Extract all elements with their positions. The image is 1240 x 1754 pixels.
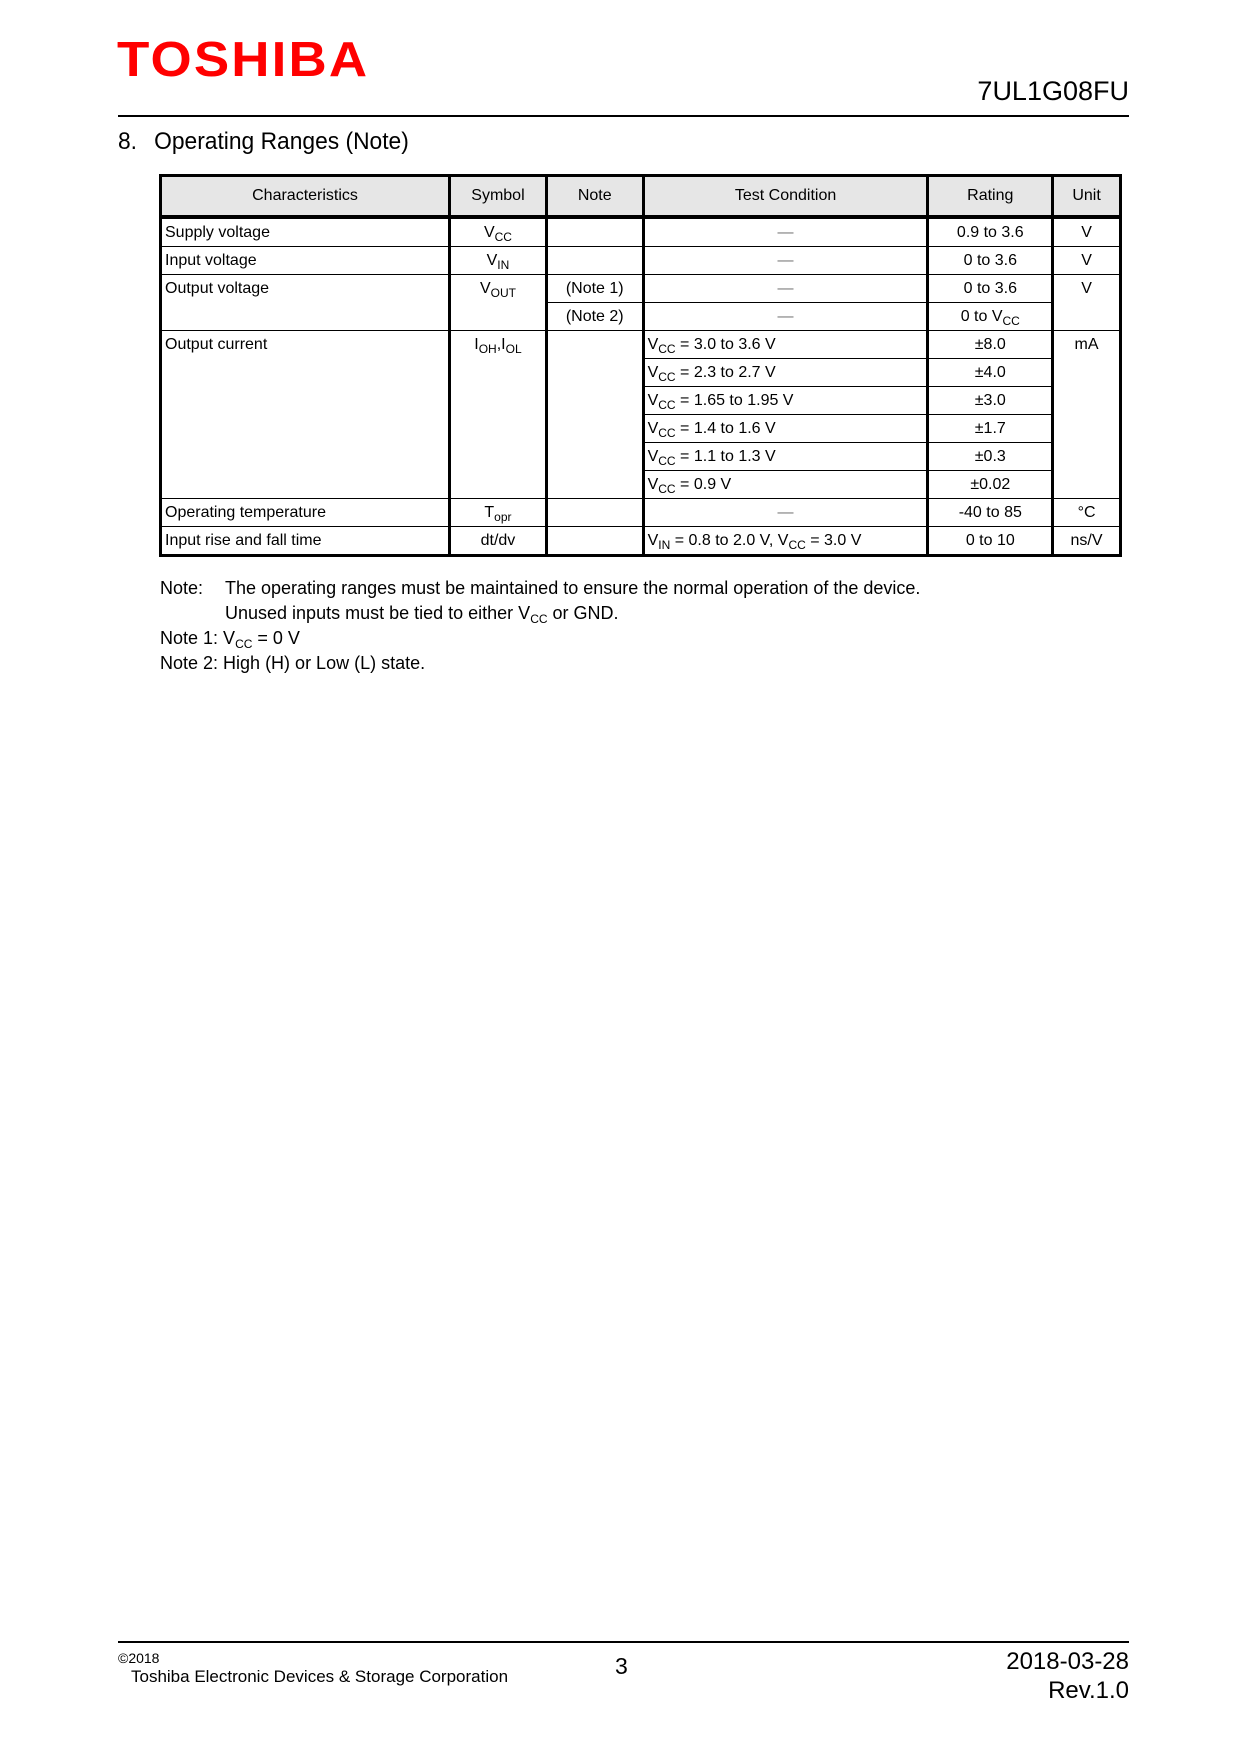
test-condition-cell: — [643,275,928,303]
characteristic-cell: Input rise and fall time [161,527,450,556]
test-condition-cell: VCC = 1.65 to 1.95 V [643,387,928,415]
note-cell [546,499,643,527]
rating-cell: ±0.02 [928,471,1053,499]
rating-cell: 0 to 10 [928,527,1053,556]
header-rating: Rating [928,176,1053,218]
rating-cell: ±3.0 [928,387,1053,415]
rating-cell: 0 to VCC [928,303,1053,331]
unit-cell: mA [1053,331,1121,499]
symbol-cell: VOUT [450,275,547,331]
rating-cell: ±0.3 [928,443,1053,471]
note-cell [546,247,643,275]
rating-cell: 0 to 3.6 [928,247,1053,275]
symbol-cell: IOH,IOL [450,331,547,499]
unit-cell: ns/V [1053,527,1121,556]
note-cell: (Note 1) [546,275,643,303]
rating-cell: ±4.0 [928,359,1053,387]
note-main-line2: Unused inputs must be tied to either VCC… [160,601,920,626]
table-row: Input rise and fall time dt/dv VIN = 0.8… [161,527,1121,556]
table-row: Output voltage VOUT (Note 1) — 0 to 3.6 … [161,275,1121,303]
page-number: 3 [615,1655,628,1678]
symbol-cell: VCC [450,217,547,247]
test-condition-cell: — [643,303,928,331]
table-row: Operating temperature Topr — -40 to 85 °… [161,499,1121,527]
unit-cell: V [1053,247,1121,275]
note-2: Note 2: High (H) or Low (L) state. [160,651,920,676]
table-row: Output current IOH,IOL VCC = 3.0 to 3.6 … [161,331,1121,359]
document-revision: Rev.1.0 [1048,1679,1129,1703]
unit-cell: °C [1053,499,1121,527]
toshiba-logo: TOSHIBA [117,36,369,85]
symbol-cell: VIN [450,247,547,275]
note-cell [546,527,643,556]
rating-cell: ±1.7 [928,415,1053,443]
note-cell: (Note 2) [546,303,643,331]
note-main: Note:The operating ranges must be mainta… [160,576,920,601]
symbol-cell: dt/dv [450,527,547,556]
note-cell [546,217,643,247]
test-condition-cell: VCC = 3.0 to 3.6 V [643,331,928,359]
rating-cell: ±8.0 [928,331,1053,359]
rating-cell: -40 to 85 [928,499,1053,527]
company-name: Toshiba Electronic Devices & Storage Cor… [131,1668,508,1685]
test-condition-cell: — [643,247,928,275]
document-date: 2018-03-28 [1006,1650,1129,1674]
section-title: 8.Operating Ranges (Note) [118,130,409,154]
rating-cell: 0.9 to 3.6 [928,217,1053,247]
header-test-condition: Test Condition [643,176,928,218]
note-1: Note 1: VCC = 0 V [160,626,920,651]
test-condition-cell: VCC = 2.3 to 2.7 V [643,359,928,387]
operating-ranges-table: Characteristics Symbol Note Test Conditi… [159,174,1122,557]
section-number: 8. [118,130,154,154]
table-row: Input voltage VIN — 0 to 3.6 V [161,247,1121,275]
header-symbol: Symbol [450,176,547,218]
copyright: ©2018 [118,1651,159,1665]
characteristic-cell: Supply voltage [161,217,450,247]
test-condition-cell: — [643,499,928,527]
document-id: 7UL1G08FU [977,78,1129,105]
footer-divider [118,1641,1129,1643]
test-condition-cell: — [643,217,928,247]
rating-cell: 0 to 3.6 [928,275,1053,303]
table-header-row: Characteristics Symbol Note Test Conditi… [161,176,1121,218]
test-condition-cell: VIN = 0.8 to 2.0 V, VCC = 3.0 V [643,527,928,556]
unit-cell: V [1053,275,1121,331]
table-row: Supply voltage VCC — 0.9 to 3.6 V [161,217,1121,247]
characteristic-cell: Input voltage [161,247,450,275]
notes-block: Note:The operating ranges must be mainta… [160,576,920,676]
test-condition-cell: VCC = 0.9 V [643,471,928,499]
note-cell [546,331,643,499]
section-title-text: Operating Ranges (Note) [154,128,409,155]
test-condition-cell: VCC = 1.4 to 1.6 V [643,415,928,443]
characteristic-cell: Output current [161,331,450,499]
characteristic-cell: Output voltage [161,275,450,331]
header-unit: Unit [1053,176,1121,218]
header-characteristics: Characteristics [161,176,450,218]
test-condition-cell: VCC = 1.1 to 1.3 V [643,443,928,471]
header-divider [118,115,1129,117]
characteristic-cell: Operating temperature [161,499,450,527]
symbol-cell: Topr [450,499,547,527]
unit-cell: V [1053,217,1121,247]
header-note: Note [546,176,643,218]
